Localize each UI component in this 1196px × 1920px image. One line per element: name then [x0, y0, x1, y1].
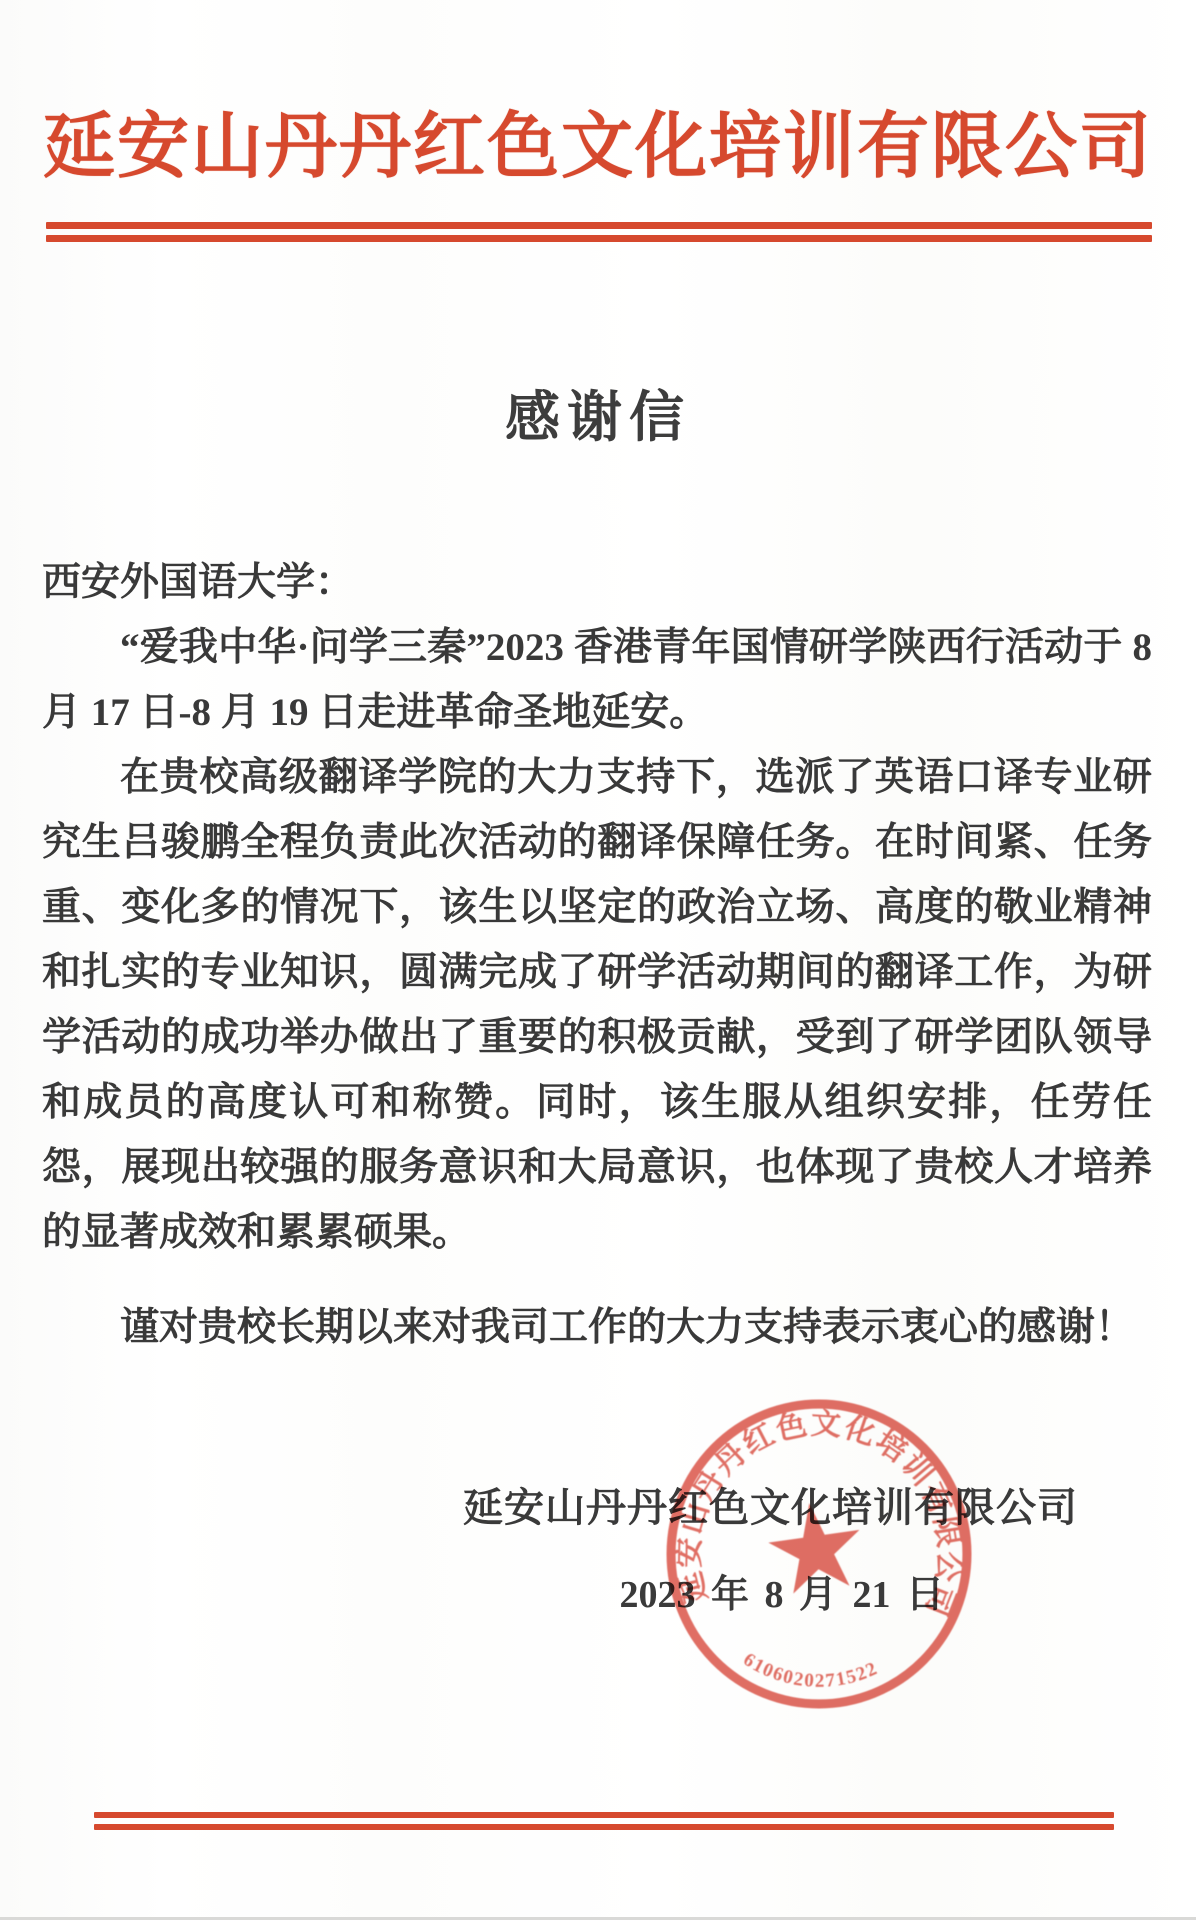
letter-title: 感谢信 [0, 380, 1196, 456]
footer-divider-line-top [94, 1812, 1114, 1818]
letterhead-company-name: 延安山丹丹红色文化培训有限公司 [0, 102, 1196, 192]
footer-divider [94, 1812, 1114, 1830]
letterhead: 延安山丹丹红色文化培训有限公司 [0, 0, 1196, 192]
footer-divider-line-bottom [94, 1824, 1114, 1830]
body-paragraph-closing: 谨对贵校长期以来对我司工作的大力支持表示衷心的感谢！ [42, 1295, 1152, 1360]
body-paragraph: “爱我中华·问学三秦”2023 香港青年国情研学陕西行活动于 8 月 17 日-… [42, 615, 1152, 745]
body-paragraph: 在贵校高级翻译学院的大力支持下，选派了英语口译专业研究生吕骏鹏全程负责此次活动的… [42, 745, 1152, 1265]
seal-serial-number: 6106020271522 [739, 1649, 881, 1692]
signature-date: 2023 年 8 月 21 日 [0, 1570, 1196, 1620]
letter-page: 延安山丹丹红色文化培训有限公司 感谢信 西安外国语大学： “爱我中华·问学三秦”… [0, 0, 1196, 1920]
header-divider [46, 222, 1152, 242]
signature-block: 延安山丹丹红色文化培训有限公司 2023 年 8 月 21 日 [0, 1482, 1196, 1620]
salutation: 西安外国语大学： [42, 550, 1152, 615]
letter-body: 西安外国语大学： “爱我中华·问学三秦”2023 香港青年国情研学陕西行活动于 … [42, 550, 1152, 1360]
header-divider-line-top [46, 222, 1152, 229]
header-divider-line-bottom [46, 235, 1152, 242]
signature-company-name: 延安山丹丹红色文化培训有限公司 [0, 1482, 1196, 1534]
